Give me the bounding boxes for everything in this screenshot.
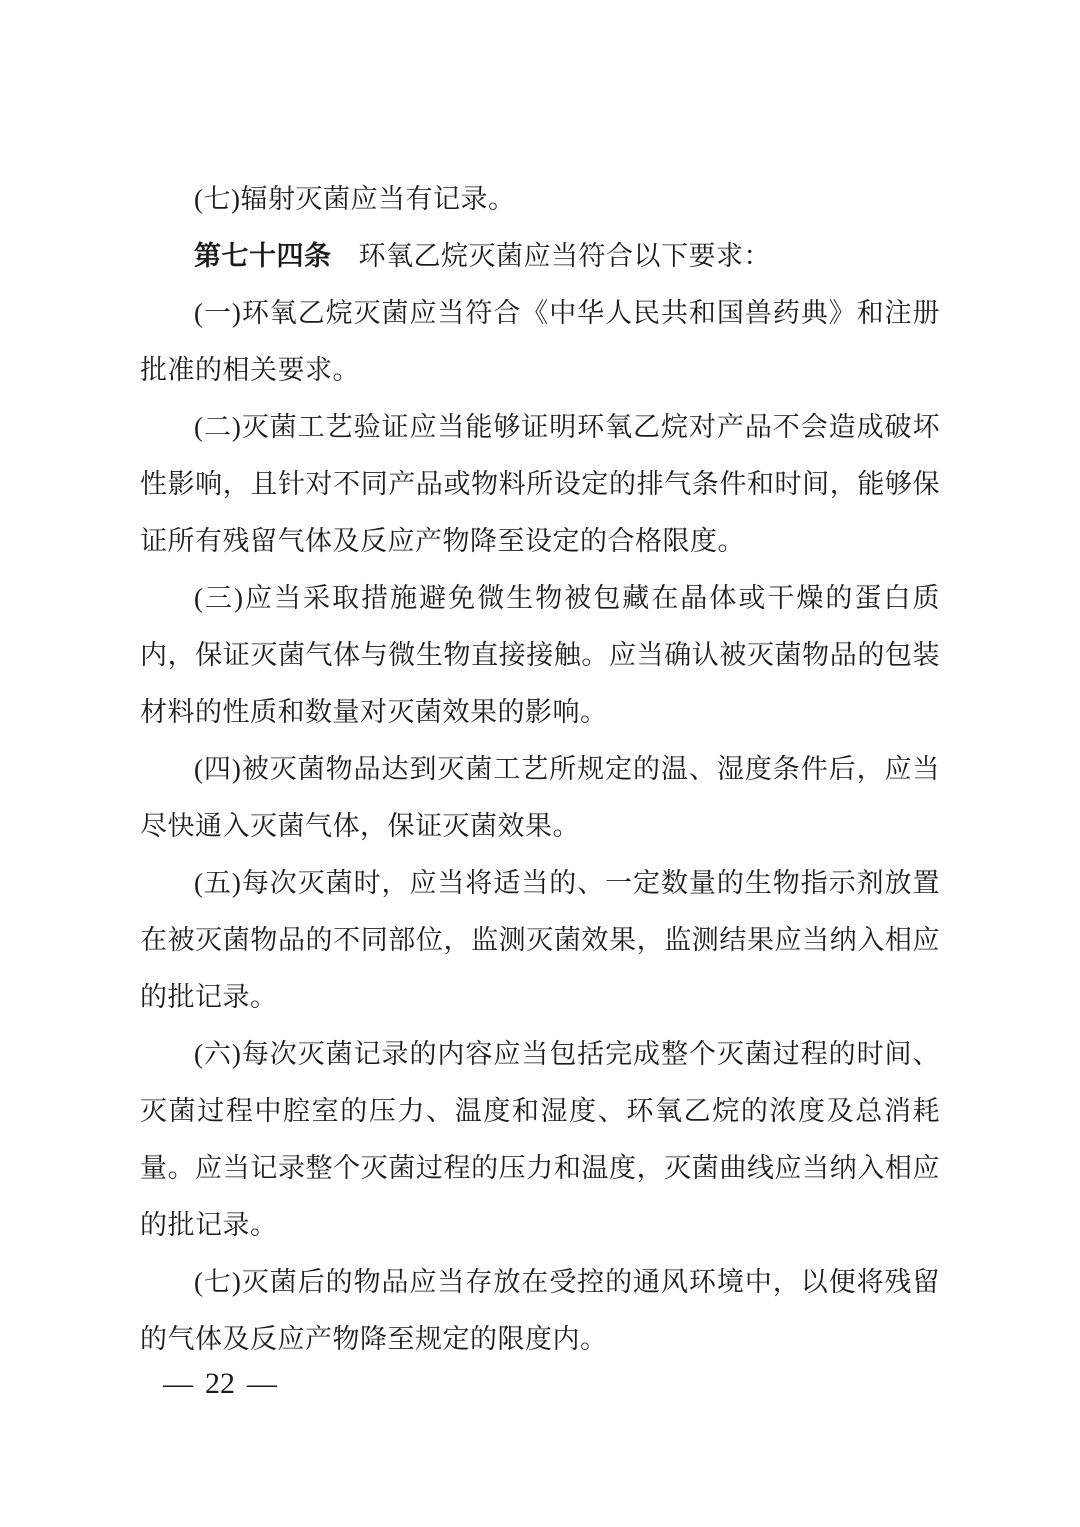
clause-3-microbe-contact: (三)应当采取措施避免微生物被包藏在晶体或干燥的蛋白质内，保证灭菌气体与微生物直… — [140, 570, 940, 741]
clause-7-radiation-record: (七)辐射灭菌应当有记录。 — [140, 171, 940, 228]
article-74-heading: 第七十四条环氧乙烷灭菌应当符合以下要求： — [140, 228, 940, 285]
clause-4-temperature-humidity: (四)被灭菌物品达到灭菌工艺所规定的温、湿度条件后，应当尽快通入灭菌气体，保证灭… — [140, 741, 940, 855]
clause-2-process-validation: (二)灭菌工艺验证应当能够证明环氧乙烷对产品不会造成破坏性影响，且针对不同产品或… — [140, 399, 940, 570]
page-number: 22 — [205, 1367, 235, 1400]
article-74-intro: 环氧乙烷灭菌应当符合以下要求： — [359, 241, 772, 271]
document-page: (七)辐射灭菌应当有记录。 第七十四条环氧乙烷灭菌应当符合以下要求： (一)环氧… — [0, 0, 1080, 1527]
clause-1-pharmacopoeia-compliance: (一)环氧乙烷灭菌应当符合《中华人民共和国兽药典》和注册批准的相关要求。 — [140, 285, 940, 399]
clause-7-ventilated-storage: (七)灭菌后的物品应当存放在受控的通风环境中，以便将残留的气体及反应产物降至规定… — [140, 1254, 940, 1368]
document-body: (七)辐射灭菌应当有记录。 第七十四条环氧乙烷灭菌应当符合以下要求： (一)环氧… — [140, 171, 940, 1368]
clause-5-biological-indicators: (五)每次灭菌时，应当将适当的、一定数量的生物指示剂放置在被灭菌物品的不同部位，… — [140, 855, 940, 1026]
clause-6-sterilization-records: (六)每次灭菌记录的内容应当包括完成整个灭菌过程的时间、灭菌过程中腔室的压力、温… — [140, 1026, 940, 1254]
article-74-number: 第七十四条 — [194, 241, 332, 271]
page-footer: —22— — [163, 1366, 277, 1402]
footer-dash-right: — — [247, 1367, 277, 1400]
footer-dash-left: — — [163, 1367, 193, 1400]
